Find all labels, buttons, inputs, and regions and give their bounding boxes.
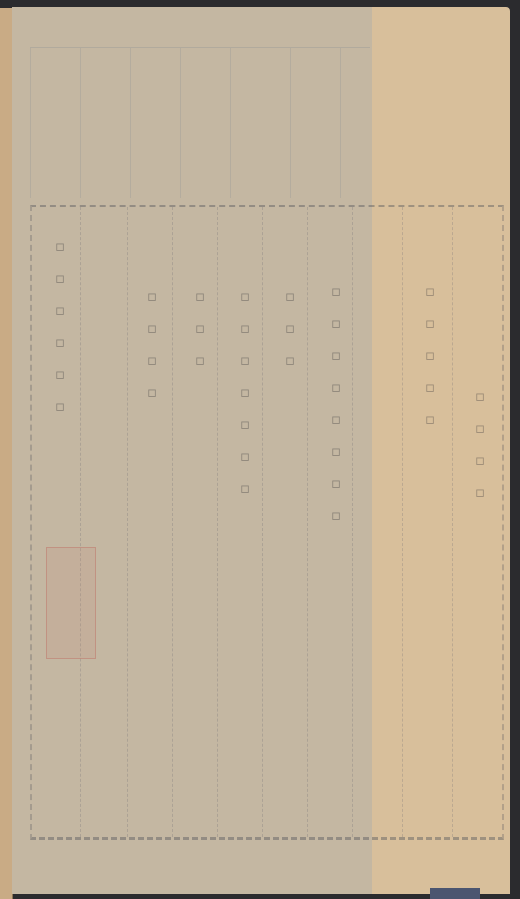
torn-corner [430, 888, 480, 899]
ghost-text-column: ▫▫▫▫▫▫▫ [237, 287, 252, 511]
ghost-text-column: ▫▫▫ [282, 287, 297, 383]
ghost-text-column: ▫▫▫▫ [472, 387, 487, 515]
ghost-text-column: ▫▫▫▫▫ [422, 282, 437, 442]
ghost-text-column: ▫▫▫▫▫▫▫▫ [328, 282, 343, 538]
book-page: ▫▫▫▫▫▫ ▫▫▫▫ ▫▫▫ ▫▫▫▫▫▫▫ ▫▫▫ ▫▫▫▫▫▫▫▫ ▫▫▫… [12, 7, 510, 894]
ghost-text-column: ▫▫▫▫▫▫ [52, 237, 67, 429]
print-frame-border: ▫▫▫▫▫▫ ▫▫▫▫ ▫▫▫ ▫▫▫▫▫▫▫ ▫▫▫ ▫▫▫▫▫▫▫▫ ▫▫▫… [30, 205, 504, 840]
seal-impression [46, 547, 96, 659]
ghost-text-column: ▫▫▫▫ [144, 287, 159, 415]
ghost-text-column: ▫▫▫ [192, 287, 207, 383]
upper-ghost-grid [30, 47, 370, 198]
